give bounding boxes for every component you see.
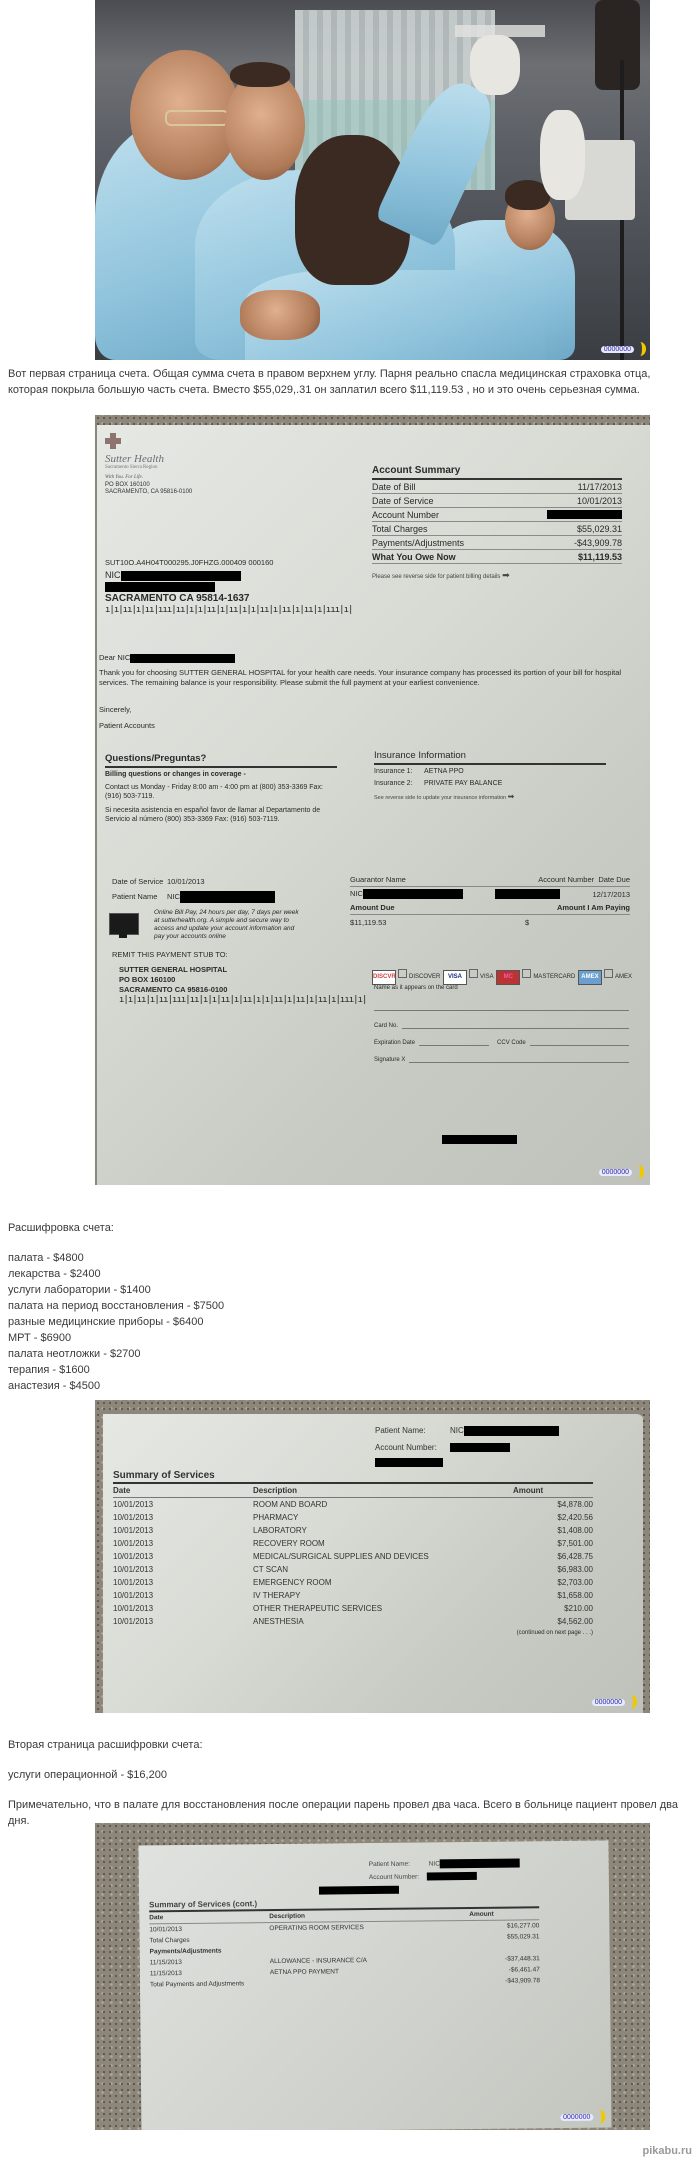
row-date: Payments/Adjustments xyxy=(150,1947,270,1955)
ccv-field[interactable] xyxy=(530,1040,629,1046)
row-description: PHARMACY xyxy=(253,1513,513,1522)
breakdown-item: палата - $4800 xyxy=(8,1250,224,1266)
iv-bag xyxy=(595,0,640,90)
row-date: 10/01/2013 xyxy=(113,1604,253,1613)
services-rows: 10/01/2013ROOM AND BOARD$4,878.0010/01/2… xyxy=(113,1498,593,1628)
row-amount: -$37,448.31 xyxy=(470,1955,540,1963)
redaction xyxy=(130,654,235,663)
redaction xyxy=(495,889,560,899)
logo-tagline: With You. For Life. xyxy=(105,475,143,480)
stub-patient-name: Patient NameNIC xyxy=(112,891,275,903)
row-date: 11/15/2013 xyxy=(150,1958,270,1966)
insurance-row: Insurance 2:PRIVATE PAY BALANCE xyxy=(374,780,606,787)
banana-icon xyxy=(632,1165,644,1179)
row-amount: $210.00 xyxy=(513,1604,593,1613)
banana-icon xyxy=(593,2110,605,2124)
logo-region: Sacramento Sierra Region xyxy=(105,465,157,470)
table-row: 10/01/2013PHARMACY$2,420.56 xyxy=(113,1511,593,1524)
questions-section: Questions/Preguntas? Billing questions o… xyxy=(105,753,337,824)
row-amount: $1,658.00 xyxy=(513,1591,593,1600)
row-date: 10/01/2013 xyxy=(113,1552,253,1561)
row-description xyxy=(270,1945,470,1954)
letter-greeting: Dear NIC xyxy=(99,653,235,663)
sender-address-2: SACRAMENTO, CA 95816-0100 xyxy=(105,489,192,495)
row-description: MEDICAL/SURGICAL SUPPLIES AND DEVICES xyxy=(253,1552,513,1561)
summary-row: Date of Service10/01/2013 xyxy=(372,494,622,508)
row-amount: $2,703.00 xyxy=(513,1578,593,1587)
checkbox[interactable] xyxy=(604,969,613,978)
amount-paying-field[interactable]: $ xyxy=(525,918,529,927)
table-row: 10/01/2013RECOVERY ROOM$7,501.00 xyxy=(113,1537,593,1550)
row-description: CT SCAN xyxy=(253,1565,513,1574)
breakdown-item: услуги лаборатории - $1400 xyxy=(8,1282,224,1298)
table-row: 10/01/2013EMERGENCY ROOM$2,703.00 xyxy=(113,1576,593,1589)
breakdown-item: лекарства - $2400 xyxy=(8,1266,224,1282)
breakdown-item: палата неотложки - $2700 xyxy=(8,1346,224,1362)
image-watermark: 0000000 xyxy=(599,1165,644,1179)
checkbox[interactable] xyxy=(398,969,407,978)
redaction xyxy=(375,1458,443,1467)
row-date: 10/01/2013 xyxy=(113,1565,253,1574)
summary-paper-2: Patient Name:NIC Account Number: Summary… xyxy=(139,1841,612,2130)
online-bill-pay: Online Bill Pay, 24 hours per day, 7 day… xyxy=(154,909,304,941)
second-page-item: услуги операционной - $16,200 xyxy=(8,1767,167,1783)
row-date: 10/01/2013 xyxy=(113,1617,253,1626)
questions-spanish: Si necesita asistencia en español favor … xyxy=(105,806,337,824)
remit-barcode: ı|ı|ıı|ı|ıı|ııı|ıı|ı|ı|ıı|ı|ıı|ı|ı|ıı|ı|… xyxy=(119,995,366,1005)
banana-icon xyxy=(625,1695,637,1709)
row-description: LABORATORY xyxy=(253,1526,513,1535)
row-description: AETNA PPO PAYMENT xyxy=(270,1967,470,1976)
row-description: OTHER THERAPEUTIC SERVICES xyxy=(253,1604,513,1613)
row-amount: $1,408.00 xyxy=(513,1526,593,1535)
redaction xyxy=(319,1886,399,1895)
letter-signature: Patient Accounts xyxy=(99,721,155,730)
row-amount: $6,428.75 xyxy=(513,1552,593,1561)
summary-paper-1: Patient Name:NIC Account Number: Summary… xyxy=(103,1414,643,1713)
arrow-right-icon: ➡ xyxy=(508,792,515,801)
table-row: 10/01/2013LABORATORY$1,408.00 xyxy=(113,1524,593,1537)
summary-row: Total Charges$55,029.31 xyxy=(372,522,622,536)
account-summary-title: Account Summary xyxy=(372,465,622,480)
breakdown-title: Расшифровка счета: xyxy=(8,1220,114,1236)
row-description xyxy=(270,1978,470,1987)
checkbox[interactable] xyxy=(469,969,478,978)
recipient-name: NIC xyxy=(105,570,241,581)
glove-right xyxy=(540,110,585,200)
redaction xyxy=(363,889,463,899)
row-date: 10/01/2013 xyxy=(113,1513,253,1522)
continued-note: (continued on next page . . .) xyxy=(113,1630,593,1636)
monitor-stand xyxy=(119,934,127,938)
hand xyxy=(240,290,320,340)
banana-icon xyxy=(634,342,646,356)
signature-field[interactable] xyxy=(409,1057,629,1063)
stub-date-of-service: Date of Service10/01/2013 xyxy=(112,877,205,886)
row-date: 11/15/2013 xyxy=(150,1969,270,1977)
amount-values-row: $11,119.53 $ xyxy=(350,918,630,927)
summary-row: Date of Bill11/17/2013 xyxy=(372,480,622,494)
row-description xyxy=(269,1934,469,1943)
redaction xyxy=(442,1135,517,1144)
table-row: 10/01/2013OTHER THERAPEUTIC SERVICES$210… xyxy=(113,1602,593,1615)
row-description: ALLOWANCE - INSURANCE C/A xyxy=(270,1956,470,1965)
breakdown-item: разные медицинские приборы - $6400 xyxy=(8,1314,224,1330)
questions-subtitle: Billing questions or changes in coverage… xyxy=(105,771,337,778)
table-row: 10/01/2013ANESTHESIA$4,562.00 xyxy=(113,1615,593,1628)
account-summary: Account Summary Date of Bill11/17/2013 D… xyxy=(372,465,622,581)
row-amount: $6,983.00 xyxy=(513,1565,593,1574)
summary-photo-1: Patient Name:NIC Account Number: Summary… xyxy=(95,1400,650,1713)
expiration-field[interactable] xyxy=(419,1040,489,1046)
image-watermark: 0000000 xyxy=(560,2110,605,2124)
bill-photo: Sutter Health Sacramento Sierra Region W… xyxy=(95,415,650,1185)
card-option-discover[interactable]: DISCVRDISCOVER xyxy=(372,965,440,985)
redaction xyxy=(180,891,275,903)
billing-details-note: Please see reverse side for patient bill… xyxy=(372,570,622,581)
stub-values-row: NIC 12/17/2013 xyxy=(350,889,630,899)
arrow-right-icon: ➡ xyxy=(502,570,510,580)
row-amount: $16,277.00 xyxy=(469,1922,539,1930)
signature-row: Signature X xyxy=(374,1057,629,1063)
services-table: Summary of Services DateDescriptionAmoun… xyxy=(113,1470,593,1636)
young-man-hair xyxy=(230,62,290,87)
remit-line-1: SUTTER GENERAL HOSPITAL xyxy=(119,965,227,974)
glove-left xyxy=(470,35,520,95)
summary-row-total: What You Owe Now$11,119.53 xyxy=(372,550,622,564)
name-on-card-field[interactable] xyxy=(374,1010,629,1011)
name-on-card-label: Name as it appears on the card xyxy=(374,985,458,991)
card-option-mastercard[interactable]: MCMASTERCARD xyxy=(496,965,575,985)
table-row: 10/01/2013CT SCAN$6,983.00 xyxy=(113,1563,593,1576)
row-date: 10/01/2013 xyxy=(113,1591,253,1600)
card-number-field[interactable] xyxy=(402,1023,629,1029)
row-amount: $4,878.00 xyxy=(513,1500,593,1509)
account-number-row: Account Number: xyxy=(375,1443,510,1452)
row-description: OPERATING ROOM SERVICES xyxy=(269,1923,469,1932)
row-date: 10/01/2013 xyxy=(113,1500,253,1509)
redaction xyxy=(464,1426,559,1436)
redaction xyxy=(105,582,215,592)
row-date: 10/01/2013 xyxy=(149,1925,269,1933)
patient-name-row: Patient Name:NIC xyxy=(375,1426,559,1436)
letter-body: Thank you for choosing SUTTER GENERAL HO… xyxy=(99,668,629,688)
card-number-row: Card No. xyxy=(374,1023,629,1029)
card-option-visa[interactable]: VISAVISA xyxy=(443,965,494,985)
insurance-note: See reverse side to update your insuranc… xyxy=(374,792,606,801)
table-row: 10/01/2013MEDICAL/SURGICAL SUPPLIES AND … xyxy=(113,1550,593,1563)
redaction xyxy=(547,510,622,519)
patient-name-row: Patient Name:NIC xyxy=(369,1858,520,1869)
row-amount: $7,501.00 xyxy=(513,1539,593,1548)
image-watermark: 0000000 xyxy=(601,342,646,356)
recipient-city: SACRAMENTO CA 95814-1637 xyxy=(105,593,250,604)
insurance-title: Insurance Information xyxy=(374,750,606,765)
card-options: DISCVRDISCOVER VISAVISA MCMASTERCARD AME… xyxy=(372,965,632,985)
redaction xyxy=(427,1872,477,1881)
second-page-title: Вторая страница расшифровки счета: xyxy=(8,1737,203,1753)
breakdown-item: терапия - $1600 xyxy=(8,1362,224,1378)
insurance-row: Insurance 1:AETNA PPO xyxy=(374,768,606,775)
remit-line-3: SACRAMENTO CA 95816-0100 xyxy=(119,985,227,994)
redaction xyxy=(121,571,241,581)
glasses xyxy=(165,110,229,126)
bill-paper: Sutter Health Sacramento Sierra Region W… xyxy=(97,425,650,1185)
account-number-row: Account Number: xyxy=(369,1872,477,1881)
row-description: EMERGENCY ROOM xyxy=(253,1578,513,1587)
barcode: ı|ı|ıı|ı|ıı|ııı|ıı|ı|ı|ıı|ı|ıı|ı|ı|ıı|ı|… xyxy=(105,605,352,615)
expiration-ccv-row: Expiration DateCCV Code xyxy=(374,1040,629,1046)
row-description: ROOM AND BOARD xyxy=(253,1500,513,1509)
checkbox[interactable] xyxy=(522,969,531,978)
redaction xyxy=(450,1443,510,1452)
row-amount: -$6,461.47 xyxy=(470,1966,540,1974)
remit-line-2: PO BOX 160100 xyxy=(119,975,175,984)
row-description: RECOVERY ROOM xyxy=(253,1539,513,1548)
amount-header-row: Amount Due Amount I Am Paying xyxy=(350,903,630,915)
hospital-photo: 0000000 xyxy=(95,0,650,360)
stub-header-row: Guarantor Name Account Number Date Due xyxy=(350,875,630,887)
insurance-section: Insurance Information Insurance 1:AETNA … xyxy=(374,750,606,801)
row-amount xyxy=(470,1944,540,1952)
services-title: Summary of Services xyxy=(113,1470,593,1484)
breakdown-item: палата на период восстановления - $7500 xyxy=(8,1298,224,1314)
row-description: IV THERAPY xyxy=(253,1591,513,1600)
summary-photo-2: Patient Name:NIC Account Number: Summary… xyxy=(95,1823,650,2130)
questions-title: Questions/Preguntas? xyxy=(105,753,337,768)
summary-row: Payments/Adjustments-$43,909.78 xyxy=(372,536,622,550)
breakdown-item: анастезия - $4500 xyxy=(8,1378,224,1394)
row-description: ANESTHESIA xyxy=(253,1617,513,1626)
breakdown-item: МРТ - $6900 xyxy=(8,1330,224,1346)
pikabu-watermark: pikabu.ru xyxy=(642,2145,692,2157)
paragraph-intro: Вот первая страница счета. Общая сумма с… xyxy=(8,366,688,398)
stub-guarantor: Guarantor Name Account Number Date Due N… xyxy=(350,875,630,927)
row-date: 10/01/2013 xyxy=(113,1526,253,1535)
card-option-amex[interactable]: AMEXAMEX xyxy=(578,965,632,985)
table-row: 10/01/2013IV THERAPY$1,658.00 xyxy=(113,1589,593,1602)
questions-contact: Contact us Monday - Friday 8:00 am - 4:0… xyxy=(105,783,337,801)
services-header: DateDescriptionAmount xyxy=(113,1484,593,1498)
table-row: 10/01/2013ROOM AND BOARD$4,878.00 xyxy=(113,1498,593,1511)
sender-address-1: PO BOX 160100 xyxy=(105,482,150,488)
image-watermark: 0000000 xyxy=(592,1695,637,1709)
row-date: 10/01/2013 xyxy=(113,1578,253,1587)
services-table-cont: Summary of Services (cont.) DateDescript… xyxy=(149,1896,540,1990)
services-rows-cont: 10/01/2013OPERATING ROOM SERVICES$16,277… xyxy=(149,1920,540,1990)
sutter-logo-icon xyxy=(105,433,121,449)
computer-monitor-icon xyxy=(109,913,139,935)
row-date: 10/01/2013 xyxy=(113,1539,253,1548)
row-amount: $55,029.31 xyxy=(469,1933,539,1941)
row-date: Total Charges xyxy=(149,1936,269,1944)
breakdown-list: палата - $4800 лекарства - $2400 услуги … xyxy=(8,1250,224,1394)
remit-label: REMIT THIS PAYMENT STUB TO: xyxy=(112,950,228,959)
logo-name: Sutter Health xyxy=(105,453,164,465)
row-amount: -$43,909.78 xyxy=(470,1977,540,1985)
row-date: Total Payments and Adjustments xyxy=(150,1980,270,1988)
letter-closing: Sincerely, xyxy=(99,705,131,714)
redaction xyxy=(440,1858,520,1868)
row-amount: $2,420.56 xyxy=(513,1513,593,1522)
tracking-code: SUT10O.A4H04T000295.J0FHZG.000409 000160 xyxy=(105,558,273,567)
summary-row: Account Number xyxy=(372,508,622,522)
row-amount: $4,562.00 xyxy=(513,1617,593,1626)
